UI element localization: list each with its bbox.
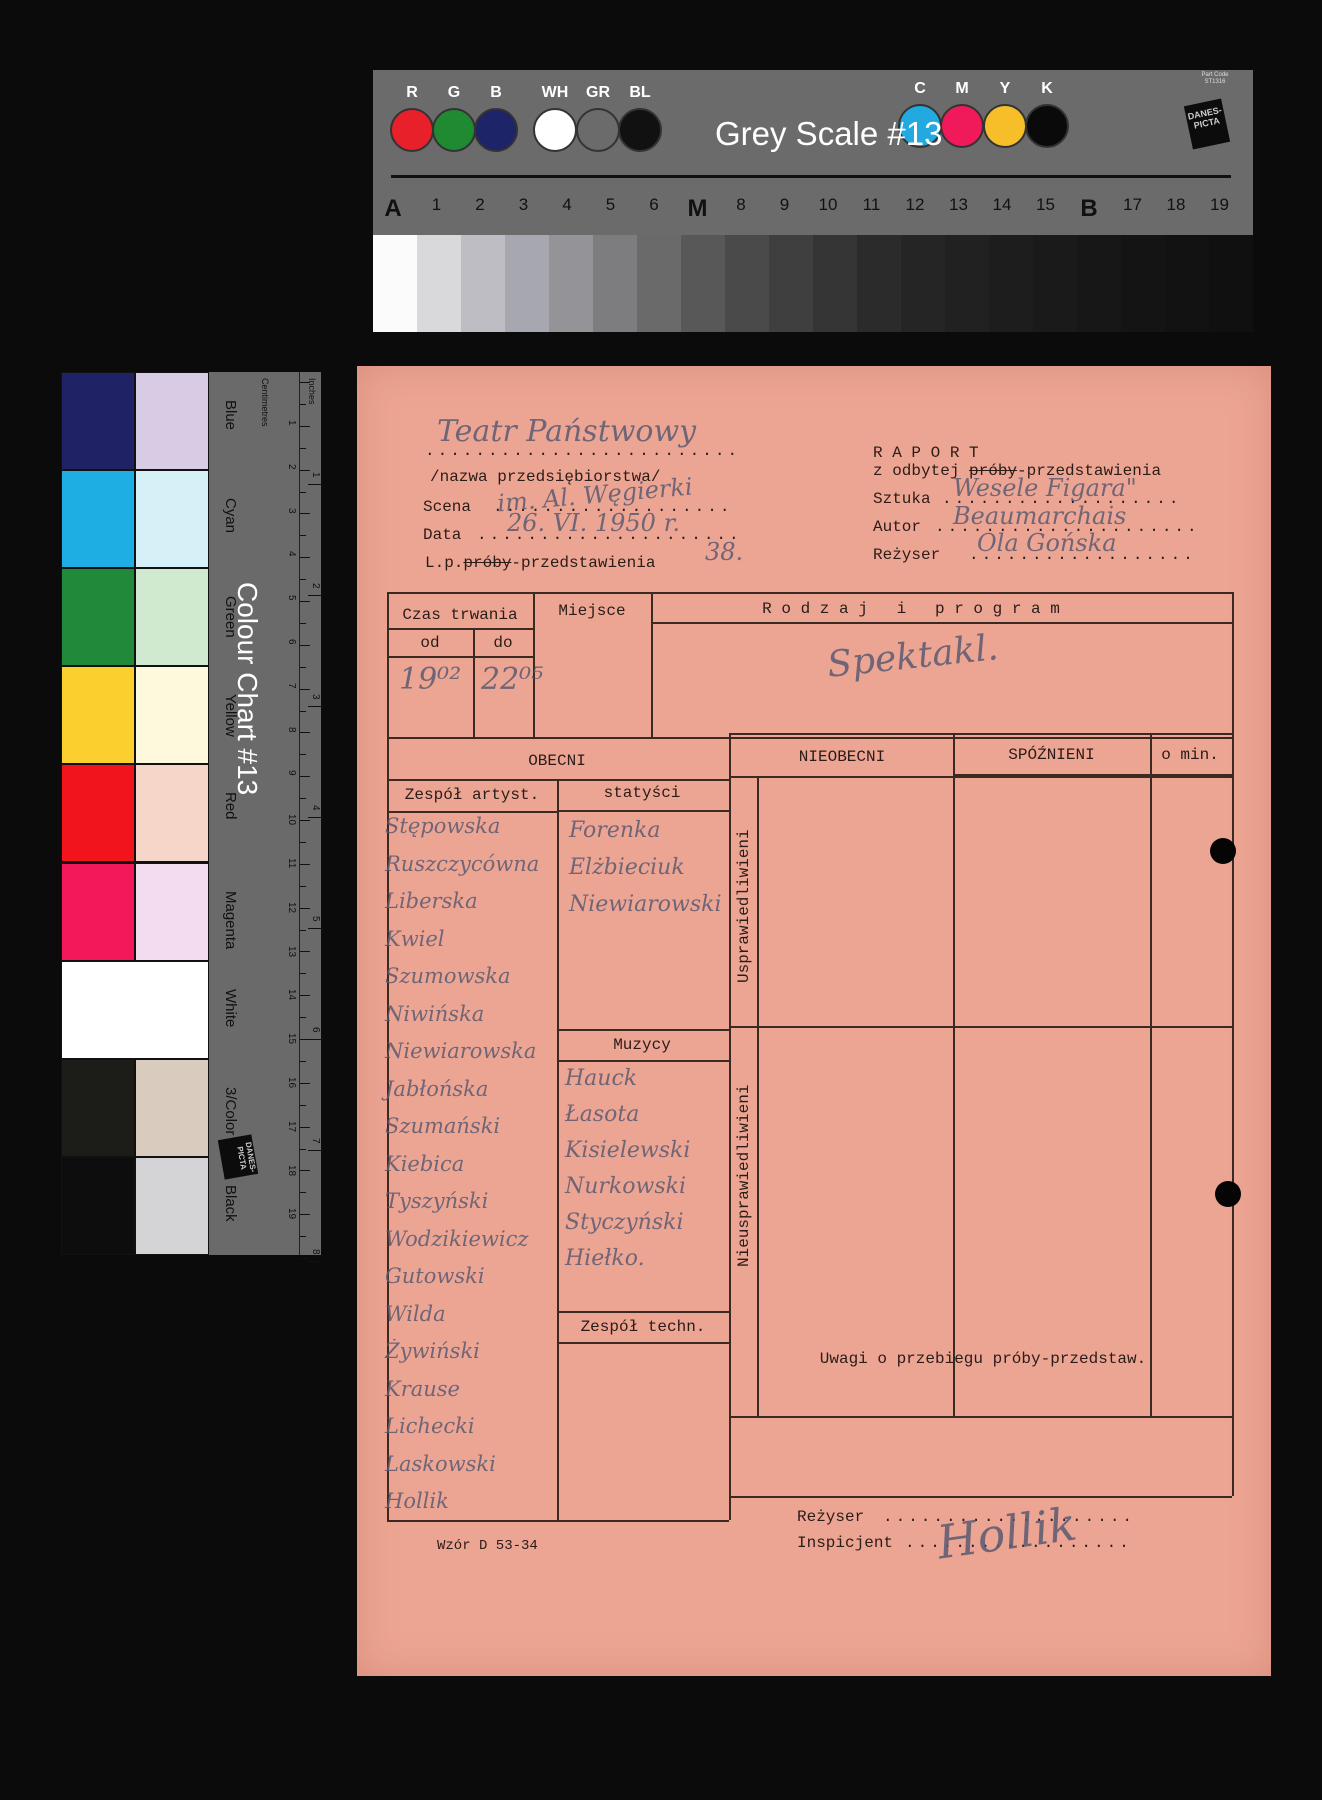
ruler-tick xyxy=(300,1170,310,1171)
color-swatch xyxy=(940,104,984,148)
part-code: Part CodeST1316 xyxy=(1185,72,1245,86)
color-swatch xyxy=(983,104,1027,148)
handwritten-name: Stępowska xyxy=(385,814,500,838)
scena-label: Scena xyxy=(423,498,471,516)
table-rule xyxy=(557,810,729,812)
grey-step xyxy=(417,235,461,332)
scale-label: 15 xyxy=(1026,195,1066,215)
sign-rezyser-label: Reżyser xyxy=(797,1508,864,1526)
do-value: 22⁰⁵ xyxy=(481,662,543,697)
ruler-tick xyxy=(300,1236,306,1237)
swatch-label: C xyxy=(898,80,942,98)
table-rule xyxy=(387,1520,729,1522)
ruler-tick xyxy=(300,689,310,690)
table-rule xyxy=(387,811,557,813)
cm-label: 16 xyxy=(286,1077,297,1088)
handwritten-name: Liberska xyxy=(385,889,478,913)
danes-picta-logo: DANES-PICTA xyxy=(218,1134,258,1179)
ruler-tick xyxy=(300,776,310,777)
colour-patch xyxy=(135,372,209,470)
table-rule xyxy=(729,1416,1232,1418)
handwritten-name: Wilda xyxy=(385,1302,446,1326)
cm-label: 11 xyxy=(286,858,297,868)
colour-chart: BlueCyanGreenYellowRedMagentaWhite3/Colo… xyxy=(61,372,321,1255)
color-swatch xyxy=(576,108,620,152)
scale-label: 14 xyxy=(982,195,1022,215)
ruler-tick xyxy=(300,1127,310,1128)
swatch-label: K xyxy=(1025,80,1069,98)
swatch-label: WH xyxy=(533,84,577,102)
handwritten-name: Niwińska xyxy=(385,1002,484,1026)
ruler-tick xyxy=(308,1261,322,1262)
handwritten-name: Kisielewski xyxy=(565,1138,690,1163)
grey-step xyxy=(989,235,1033,332)
grey-step xyxy=(901,235,945,332)
handwritten-name: Elżbieciuk xyxy=(569,855,685,880)
ruler-tick xyxy=(300,864,310,865)
scale-label: 2 xyxy=(460,195,500,215)
grey-step xyxy=(637,235,681,332)
ruler-tick xyxy=(300,995,310,996)
ruler-tick xyxy=(300,951,310,952)
obecni-header: OBECNI xyxy=(387,752,727,770)
handwritten-name: Szumański xyxy=(385,1114,500,1138)
grey-scale-card: RGBWHGRBLCMYK Grey Scale #13 Part CodeST… xyxy=(373,70,1253,332)
scale-label: 10 xyxy=(808,195,848,215)
ruler-tick xyxy=(300,1017,306,1018)
lp-value: 38. xyxy=(705,538,743,566)
ruler-tick xyxy=(300,1149,306,1150)
ruler-tick xyxy=(308,706,322,707)
rezyser-label: Reżyser xyxy=(873,546,940,564)
handwritten-name: Kiebica xyxy=(385,1152,464,1176)
units-cm: Centimetres xyxy=(260,378,270,427)
grey-step xyxy=(1033,235,1077,332)
handwritten-name: Wodzikiewicz xyxy=(385,1227,528,1251)
rezyser-value: Ola Gońska xyxy=(977,529,1117,557)
inch-label: 1 xyxy=(310,472,321,478)
statysci-header: statyści xyxy=(557,784,727,802)
grey-step xyxy=(681,235,725,332)
table-rule xyxy=(557,1029,729,1031)
handwritten-name: Forenka xyxy=(569,818,660,843)
inch-label: 2 xyxy=(310,583,321,589)
handwritten-name: Łasota xyxy=(565,1102,639,1127)
handwritten-name: Hollik xyxy=(385,1489,449,1513)
handwritten-name: Lichecki xyxy=(385,1414,475,1438)
handwritten-name: Żywiński xyxy=(385,1339,480,1363)
ruler-tick xyxy=(300,930,306,931)
lp-struck: próby xyxy=(463,554,511,572)
ruler-tick xyxy=(300,1105,306,1106)
ruler-tick xyxy=(300,1214,310,1215)
brand-text: DANES-PICTA xyxy=(1187,105,1223,131)
grey-scale-title: Grey Scale #13 xyxy=(715,115,942,153)
grey-step xyxy=(769,235,813,332)
muzycy-header: Muzycy xyxy=(557,1036,727,1054)
swatch-label: G xyxy=(432,84,476,102)
table-rule xyxy=(557,1060,729,1062)
ruler-tick xyxy=(300,557,310,558)
lp-suffix: -przedstawienia xyxy=(511,554,655,572)
zespol-techn-header: Zespół techn. xyxy=(557,1318,729,1336)
czas-trwania-header: Czas trwania xyxy=(387,606,533,624)
cm-label: 5 xyxy=(286,595,297,601)
table-rule xyxy=(729,776,1232,778)
grey-step xyxy=(857,235,901,332)
scale-label: 1 xyxy=(417,195,457,215)
ruler-tick xyxy=(300,1083,310,1084)
colour-patch xyxy=(61,764,135,862)
swatch-label: R xyxy=(390,84,434,102)
ruler-tick xyxy=(300,1061,306,1062)
cm-label: 2 xyxy=(286,464,297,470)
colour-chart-title: Colour Chart #13 xyxy=(231,582,263,795)
colour-patch xyxy=(135,764,209,862)
grey-steps xyxy=(373,235,1253,332)
ruler-tick xyxy=(300,1192,306,1193)
do-header: do xyxy=(473,634,533,652)
inch-label: 4 xyxy=(310,805,321,811)
cm-label: 9 xyxy=(286,770,297,776)
punch-hole xyxy=(1210,838,1236,864)
cm-label: 15 xyxy=(286,1033,297,1044)
cm-label: 12 xyxy=(286,902,297,913)
cm-label: 14 xyxy=(286,989,297,1000)
colour-patch xyxy=(135,470,209,568)
uwagi-label: Uwagi o przebiegu próby-przedstaw. xyxy=(735,1350,1231,1368)
ruler-tick xyxy=(308,484,322,485)
scale-label: 19 xyxy=(1200,195,1240,215)
colour-label: Black xyxy=(219,1185,239,1222)
handwritten-name: Hiełko. xyxy=(565,1246,645,1271)
colour-patch xyxy=(61,863,135,961)
report-title: R A P O R T xyxy=(873,444,979,462)
ruler-tick xyxy=(300,513,310,514)
inch-label: 7 xyxy=(310,1138,321,1144)
cm-label: 7 xyxy=(286,683,297,689)
swatch-label: M xyxy=(940,80,984,98)
o-min-header: o min. xyxy=(1150,746,1230,764)
colour-label: Red xyxy=(219,792,239,820)
ruler-tick xyxy=(300,623,306,624)
scale-label: B xyxy=(1069,195,1109,223)
part-code-value: ST1316 xyxy=(1204,79,1225,85)
colour-patch xyxy=(135,1059,209,1157)
table-rule xyxy=(1232,1416,1234,1496)
miejsce-header: Miejsce xyxy=(533,602,651,620)
handwritten-name: Styczyński xyxy=(565,1210,684,1235)
colour-label: Blue xyxy=(219,400,239,430)
colour-label: Cyan xyxy=(219,498,239,533)
ruler-tick xyxy=(308,1039,322,1040)
swatch-label: Y xyxy=(983,80,1027,98)
inch-label: 8 xyxy=(310,1249,321,1255)
lp-prefix: L.p. xyxy=(425,554,463,572)
grey-step xyxy=(373,235,417,332)
handwritten-name: Laskowski xyxy=(385,1452,496,1476)
swatch-label: B xyxy=(474,84,518,102)
table-rule xyxy=(387,737,1232,739)
handwritten-name: Niewiarowska xyxy=(385,1039,536,1063)
table-rule xyxy=(557,779,559,1520)
scale-label: A xyxy=(373,195,413,223)
rodzaj-value: Spektakl. xyxy=(825,627,1000,686)
ruler-tick xyxy=(300,732,310,733)
handwritten-name: Ruszczycówna xyxy=(385,852,539,876)
colour-patch xyxy=(61,372,135,470)
cm-label: 6 xyxy=(286,639,297,645)
grey-step xyxy=(1121,235,1165,332)
handwritten-name: Niewiarowski xyxy=(569,892,722,917)
colour-patch xyxy=(135,568,209,666)
table-rule xyxy=(1150,733,1152,1416)
colour-patch xyxy=(61,470,135,568)
units-inches: Inches xyxy=(307,378,317,405)
company-dots: ......................... xyxy=(425,442,740,460)
ruler-tick xyxy=(300,908,310,909)
ruler-tick xyxy=(300,645,310,646)
colour-label: Magenta xyxy=(219,891,239,949)
colour-patch xyxy=(135,863,209,961)
scale-label: 6 xyxy=(634,195,674,215)
handwritten-name: Gutowski xyxy=(385,1264,485,1288)
autor-label: Autor xyxy=(873,518,921,536)
scale-label: 9 xyxy=(765,195,805,215)
table-rule xyxy=(729,733,731,1520)
ruler-tick xyxy=(300,842,306,843)
ruler-tick xyxy=(300,820,310,821)
grey-step xyxy=(945,235,989,332)
scale-label: 17 xyxy=(1113,195,1153,215)
zespol-artyst-header: Zespół artyst. xyxy=(387,786,557,804)
scale-label: M xyxy=(678,195,718,223)
table-rule xyxy=(1232,592,1234,1416)
handwritten-name: Kwiel xyxy=(385,927,445,951)
color-swatch xyxy=(390,108,434,152)
table-rule xyxy=(651,622,1232,624)
punch-hole xyxy=(1215,1181,1241,1207)
ruler-tick xyxy=(300,535,306,536)
ruler-tick xyxy=(300,470,310,471)
ruler-tick xyxy=(300,711,306,712)
inch-label: 6 xyxy=(310,1027,321,1033)
table-rule xyxy=(953,733,955,1416)
handwritten-name: Hauck xyxy=(565,1066,637,1091)
ruler-tick xyxy=(300,426,310,427)
grey-step xyxy=(1077,235,1121,332)
sztuka-value: Wesele Figara" xyxy=(953,474,1137,502)
grey-step xyxy=(1209,235,1253,332)
nieusprawiedliwieni-label: Nieusprawiedliwieni xyxy=(735,1056,753,1296)
inch-label: 3 xyxy=(310,694,321,700)
table-rule xyxy=(757,776,759,1416)
ruler-tick xyxy=(300,1258,310,1259)
ruler-tick xyxy=(308,595,322,596)
cm-label: 3 xyxy=(286,508,297,514)
data-value: 26. VI. 1950 r. xyxy=(507,509,680,537)
colour-patch xyxy=(61,666,135,764)
cm-label: 13 xyxy=(286,946,297,957)
od-header: od xyxy=(387,634,473,652)
grey-step xyxy=(725,235,769,332)
colour-label: 3/Color xyxy=(219,1087,239,1135)
colour-patch xyxy=(135,1157,209,1255)
scale-label: 13 xyxy=(939,195,979,215)
handwritten-name: Szumowska xyxy=(385,964,511,988)
cm-label: 4 xyxy=(286,551,297,557)
handwritten-name: Tyszyński xyxy=(385,1189,488,1213)
table-rule xyxy=(387,656,533,658)
ruler-tick xyxy=(300,448,306,449)
rehearsal-report-form: Teatr Państwowy ........................… xyxy=(357,366,1271,1676)
autor-value: Beaumarchais xyxy=(953,502,1126,530)
part-code-label: Part Code xyxy=(1201,72,1228,78)
divider xyxy=(391,175,1231,178)
data-label: Data xyxy=(423,526,461,544)
color-swatch xyxy=(474,108,518,152)
colour-patch xyxy=(61,1059,135,1157)
color-swatch xyxy=(432,108,476,152)
grey-step xyxy=(549,235,593,332)
scale-label: 11 xyxy=(852,195,892,215)
table-rule xyxy=(557,1311,729,1313)
handwritten-name: Jabłońska xyxy=(385,1077,488,1101)
table-rule xyxy=(387,628,533,630)
ruler-tick xyxy=(300,754,306,755)
rodzaj-header: R o d z a j i p r o g r a m xyxy=(651,600,1171,618)
scale-labels: A123456M89101112131415B171819 xyxy=(373,195,1253,225)
color-swatch xyxy=(618,108,662,152)
ruler-tick xyxy=(300,492,306,493)
scale-label: 3 xyxy=(504,195,544,215)
od-value: 19⁰² xyxy=(399,662,461,697)
colour-patch xyxy=(61,961,209,1059)
swatch-label: GR xyxy=(576,84,620,102)
ruler-tick xyxy=(300,886,306,887)
sign-inspicjent-label: Inspicjent xyxy=(797,1534,893,1552)
colour-patch xyxy=(135,666,209,764)
ruler-tick xyxy=(300,798,306,799)
handwritten-name: Nurkowski xyxy=(565,1174,686,1199)
scale-label: 18 xyxy=(1156,195,1196,215)
colour-label: White xyxy=(219,989,239,1027)
ruler-tick xyxy=(308,1150,322,1151)
cm-label: 10 xyxy=(286,814,297,825)
color-swatch xyxy=(533,108,577,152)
grey-step xyxy=(813,235,857,332)
lp-label: L.p.próby-przedstawienia xyxy=(425,554,655,572)
ruler-tick xyxy=(300,601,310,602)
cm-label: 19 xyxy=(286,1208,297,1219)
ruler-tick xyxy=(300,973,306,974)
ruler-tick xyxy=(300,667,306,668)
ruler: 1234567891011121314151617181912345678 xyxy=(299,372,322,1255)
grey-step xyxy=(1165,235,1209,332)
table-rule xyxy=(387,592,1232,594)
colour-patch xyxy=(61,568,135,666)
sztuka-label: Sztuka xyxy=(873,490,931,508)
grey-step xyxy=(505,235,549,332)
grey-step xyxy=(461,235,505,332)
cm-label: 8 xyxy=(286,727,297,733)
cm-label: 1 xyxy=(286,420,297,426)
swatch-label: BL xyxy=(618,84,662,102)
scale-label: 5 xyxy=(591,195,631,215)
usprawiedliwieni-label: Usprawiedliwieni xyxy=(735,806,753,1006)
cm-label: 18 xyxy=(286,1165,297,1176)
ruler-tick xyxy=(308,817,322,818)
grey-step xyxy=(593,235,637,332)
scale-label: 12 xyxy=(895,195,935,215)
cm-label: 17 xyxy=(286,1121,297,1132)
table-rule xyxy=(729,1496,1232,1498)
table-rule xyxy=(557,1342,729,1344)
nieobecni-header: NIEOBECNI xyxy=(729,748,955,766)
colour-patch xyxy=(61,1157,135,1255)
table-rule xyxy=(729,733,1232,735)
handwritten-name: Krause xyxy=(385,1377,460,1401)
table-rule xyxy=(729,1026,1232,1028)
inch-label: 5 xyxy=(310,916,321,922)
ruler-tick xyxy=(300,579,306,580)
color-swatch xyxy=(1025,104,1069,148)
scale-label: 8 xyxy=(721,195,761,215)
spoznieni-header: SPÓŹNIENI xyxy=(953,746,1150,764)
scale-label: 4 xyxy=(547,195,587,215)
ruler-tick xyxy=(308,928,322,929)
ruler-tick xyxy=(300,404,306,405)
form-code: Wzór D 53-34 xyxy=(437,1538,538,1554)
